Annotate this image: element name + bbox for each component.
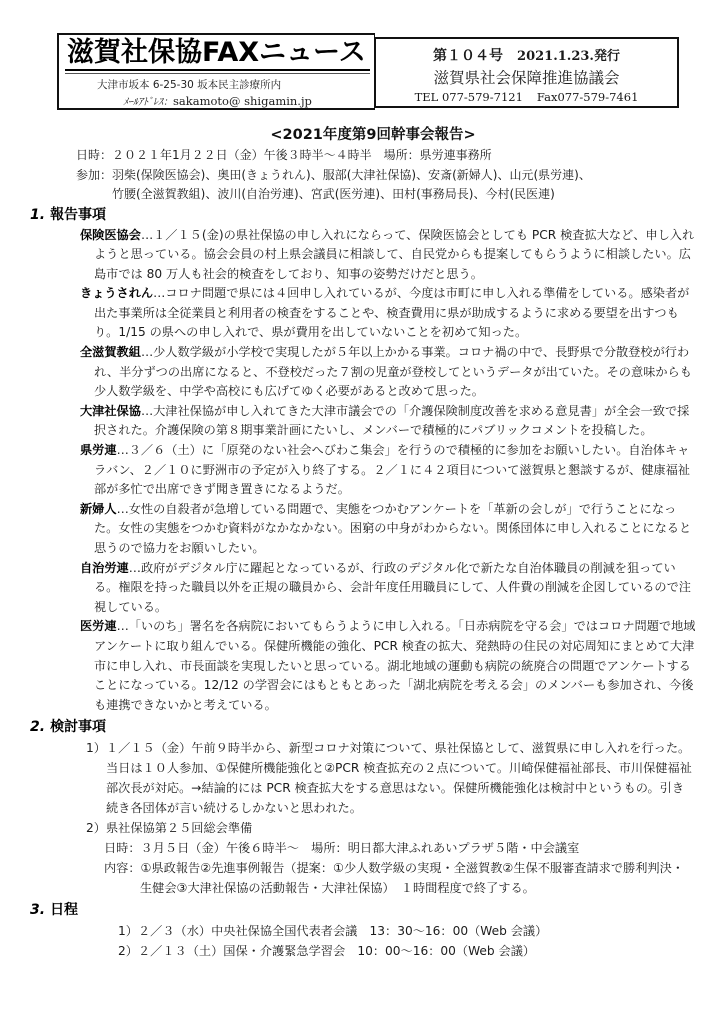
contact-line: TEL 077-579-7121Fax077-579-7461 <box>376 89 677 105</box>
discussion-item-1: 1）１／１５（金）午前９時半から、新型コロナ対策について、県社保協として、滋賀県… <box>36 738 696 818</box>
report-item: 大津社保協…大津社保協が申し入れてきた大津市議会での「介護保険制度改善を求める意… <box>66 402 696 441</box>
section-heading-reports: 1.報告事項 <box>30 205 696 226</box>
report-body: <2021年度第9回幹事会報告> 日時：２０２１年1月２２日（金）午後３時半～４… <box>36 124 696 961</box>
report-title: <2021年度第9回幹事会報告> <box>50 124 696 146</box>
email-label: ﾒｰﾙｱﾄﾞﾚｽ： <box>123 97 173 108</box>
issue-line: 第１０４号2021.1.23.発行 <box>376 47 677 66</box>
meeting-datetime: 日時：２０２１年1月２２日（金）午後３時半～４時半 場所：県労連事務所 <box>76 146 696 166</box>
general-meeting-datetime: 日時：３月５日（金）午後６時半～ 場所：明日都大津ふれあいプラザ５階・中会議室 <box>36 838 696 858</box>
discussion-item-2: 2）県社保協第２５回総会準備 <box>36 818 696 838</box>
report-item: 自治労連…政府がデジタル庁に躍起となっているが、行政のデジタル化で新たな自治体職… <box>66 559 696 618</box>
organization-name: 滋賀県社会保障推進協議会 <box>376 68 677 88</box>
report-item: 医労連…「いのち」署名を各病院においてもらうように申し入れる。「日赤病院を守る会… <box>66 617 696 715</box>
issue-date: 2021.1.23.発行 <box>517 49 620 64</box>
report-item: 県労連…３／６（土）に「原発のない社会へびわこ集会」を行うので積極的に参加をお願… <box>66 441 696 500</box>
general-meeting-content: 内容：①県政報告②先進事例報告（提案：①少人数学級の実現・全滋賀教②生保不服審査… <box>36 858 696 898</box>
newsletter-title: 滋賀社保協FAXニュース <box>67 36 366 70</box>
email-line: ﾒｰﾙｱﾄﾞﾚｽ：sakamoto@ shigamin.jp <box>123 93 312 108</box>
report-item: 新婦人…女性の自殺者が急増している問題で、実態をつかむアンケートを「革新の会しが… <box>66 500 696 559</box>
fax-number: Fax077-579-7461 <box>537 90 638 104</box>
meeting-meta: 日時：２０２１年1月２２日（金）午後３時半～４時半 場所：県労連事務所 参加：羽… <box>36 146 696 205</box>
email-address: sakamoto@ shigamin.jp <box>173 94 312 108</box>
attendees-line-2: 竹腰(全滋賀教組)、波川(自治労連)、宮武(医労連)、田村(事務局長)、今村(民… <box>76 185 696 205</box>
office-address: 大津市坂本 6-25-30 坂本民主診療所内 <box>97 77 281 92</box>
tel-number: TEL 077-579-7121 <box>415 90 523 104</box>
newsletter-masthead: 滋賀社保協FAXニュース 大津市坂本 6-25-30 坂本民主診療所内 ﾒｰﾙｱ… <box>57 33 375 110</box>
report-item: 保険医協会…１／１５(金)の県社保協の申し入れにならって、保険医協会としても P… <box>66 226 696 285</box>
title-underline-thin <box>65 73 370 74</box>
schedule-item: 1）２／３（水）中央社保協全国代表者会議 13：30～16：00（Web 会議） <box>36 921 696 941</box>
section-heading-discussion: 2.検討事項 <box>30 717 696 738</box>
attendees-line-1: 参加：羽柴(保険医協会)、奥田(きょうれん)、服部(大津社保協)、安斎(新婦人)… <box>76 166 696 186</box>
report-item: きょうされん…コロナ問題で県には４回申し入れているが、今度は市町に申し入れる準備… <box>66 284 696 343</box>
title-underline <box>65 69 370 71</box>
report-items: 保険医協会…１／１５(金)の県社保協の申し入れにならって、保険医協会としても P… <box>36 226 696 716</box>
issue-number: 第１０４号 <box>433 48 503 64</box>
section-heading-schedule: 3.日程 <box>30 900 696 921</box>
issue-info-box: 第１０４号2021.1.23.発行 滋賀県社会保障推進協議会 TEL 077-5… <box>375 37 679 108</box>
report-item: 全滋賀教組…少人数学級が小学校で実現したが５年以上かかる事業。コロナ禍の中で、長… <box>66 343 696 402</box>
schedule-item: 2）２／１３（土）国保・介護緊急学習会 10：00～16：00（Web 会議） <box>36 941 696 961</box>
